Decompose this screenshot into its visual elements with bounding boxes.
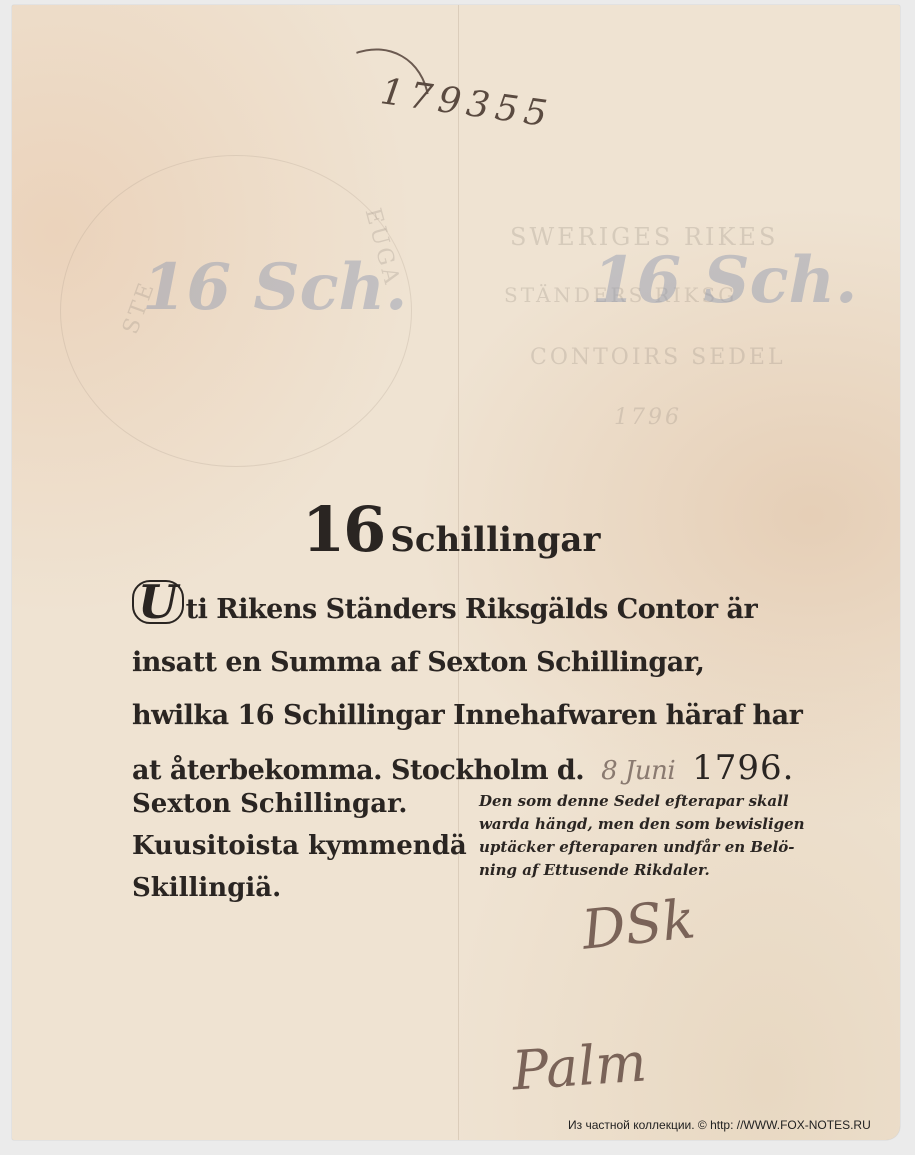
denomination-finnish: Kuusitoista kymmendä bbox=[132, 825, 467, 867]
signature-lower: Palm bbox=[510, 1030, 649, 1102]
warning-line-3: uptäcker efteraparen undfår en Belö- bbox=[479, 836, 819, 859]
counterfeit-warning: Den som denne Sedel efterapar skall ward… bbox=[479, 790, 819, 882]
watermark-line-3: CONTOIRS SEDEL bbox=[530, 345, 786, 370]
warning-line-4: ning af Ettusende Rikdaler. bbox=[479, 859, 819, 882]
denomination-text-block: Sexton Schillingar. Kuusitoista kymmendä… bbox=[132, 783, 467, 909]
watermark-year: 1796 bbox=[614, 405, 682, 430]
denomination-word: Schillingar bbox=[390, 520, 600, 560]
issue-year: 1796. bbox=[692, 748, 794, 788]
blue-stamp-right: 16 Sch. bbox=[592, 243, 857, 318]
warning-line-1: Den som denne Sedel efterapar skall bbox=[479, 790, 819, 813]
denomination-heading: 16 Schillingar bbox=[302, 493, 600, 566]
denomination-finnish-cont: Skillingiä. bbox=[132, 867, 467, 909]
signature-upper: DSk bbox=[579, 887, 698, 961]
blue-stamp-left: 16 Sch. bbox=[142, 250, 407, 325]
main-text-line-3: hwilka 16 Schillingar Innehafwaren häraf… bbox=[132, 689, 812, 742]
warning-line-2: warda hängd, men den som bewisligen bbox=[479, 813, 819, 836]
denomination-swedish: Sexton Schillingar. bbox=[132, 783, 467, 825]
handwritten-date: 8 Juni bbox=[601, 756, 675, 786]
decorated-initial: U bbox=[132, 580, 184, 624]
main-text-line-1-body: ti Rikens Ständers Riksgälds Contor är bbox=[186, 594, 758, 625]
main-text-line-1: Uti Rikens Ständers Riksgälds Contor är bbox=[132, 580, 812, 636]
collection-credit: Из частной коллекции. © http: //WWW.FOX-… bbox=[568, 1118, 871, 1132]
banknote-paper: STE EUGA SWERIGES RIKES STÄNDERS RIKSG C… bbox=[12, 5, 900, 1140]
main-text-line-2: insatt en Summa af Sexton Schillingar, bbox=[132, 636, 812, 689]
denomination-number: 16 bbox=[302, 493, 384, 566]
fold-line bbox=[458, 5, 459, 1140]
main-text: Uti Rikens Ständers Riksgälds Contor är … bbox=[132, 580, 812, 798]
main-text-line-4-prefix: at återbekomma. Stockholm d. bbox=[132, 755, 584, 786]
